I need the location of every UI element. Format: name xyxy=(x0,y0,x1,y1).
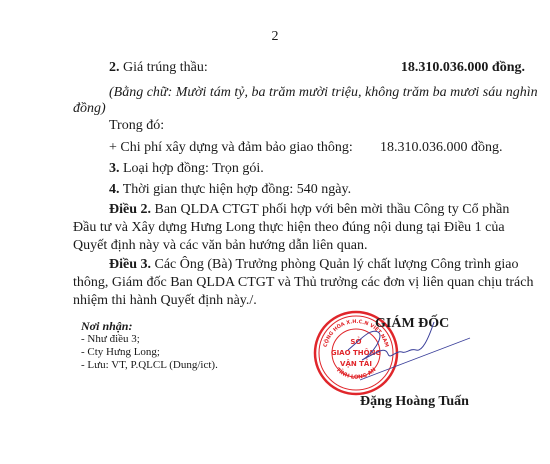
article2-line1-text: Ban QLDA CTGT phối hợp với bên mời thầu … xyxy=(151,202,509,217)
item3-text: Loại hợp đồng: Trọn gói. xyxy=(120,161,264,176)
item4: 4. Thời gian thực hiện hợp đồng: 540 ngà… xyxy=(109,181,351,199)
article3-line2: thông, Giám đốc Ban QLDA CTGT và Thủ trư… xyxy=(73,274,501,292)
breakdown-item-label: + Chi phí xây dựng và đảm bảo giao thông… xyxy=(109,139,353,157)
handwritten-signature-icon xyxy=(330,310,490,390)
item2-amount: 18.310.036.000 đồng. xyxy=(401,59,525,77)
breakdown-item-amount: 18.310.036.000 đồng. xyxy=(380,139,503,157)
article2-line2: Đầu tư và Xây dựng Hưng Long thực hiện t… xyxy=(73,219,501,237)
amount-in-words-line1: (Bằng chữ: Mười tám tỷ, ba trăm mười tri… xyxy=(109,84,538,102)
breakdown-heading: Trong đó: xyxy=(109,117,164,135)
item4-text: Thời gian thực hiện hợp đồng: 540 ngày. xyxy=(120,182,352,197)
recipient-item: - Lưu: VT, P.QLCL (Dung/ict). xyxy=(81,358,218,372)
article2-label: Điều 2. xyxy=(109,202,151,217)
article3-line1-text: Các Ông (Bà) Trưởng phòng Quản lý chất l… xyxy=(151,257,519,272)
page-number: 2 xyxy=(0,29,550,45)
recipient-item: - Cty Hưng Long; xyxy=(81,345,160,359)
item4-number: 4. xyxy=(109,182,120,197)
signer-name: Đặng Hoàng Tuấn xyxy=(360,393,469,411)
article3-label: Điều 3. xyxy=(109,257,151,272)
amount-in-words-line2: đồng) xyxy=(73,100,106,118)
article2-line3: Quyết định này và các văn bản hướng dẫn … xyxy=(73,237,368,255)
article2-line1: Điều 2. Ban QLDA CTGT phối hợp với bên m… xyxy=(109,201,501,219)
item2-label-text: Giá trúng thầu: xyxy=(120,60,208,75)
article3-line1: Điều 3. Các Ông (Bà) Trưởng phòng Quản l… xyxy=(109,256,501,274)
item2-number: 2. xyxy=(109,60,120,75)
item2-label: 2. Giá trúng thầu: xyxy=(109,59,208,77)
recipient-item: - Như điều 3; xyxy=(81,332,140,346)
item3-number: 3. xyxy=(109,161,120,176)
item3: 3. Loại hợp đồng: Trọn gói. xyxy=(109,160,264,178)
article3-line3: nhiệm thi hành Quyết định này./. xyxy=(73,292,257,310)
